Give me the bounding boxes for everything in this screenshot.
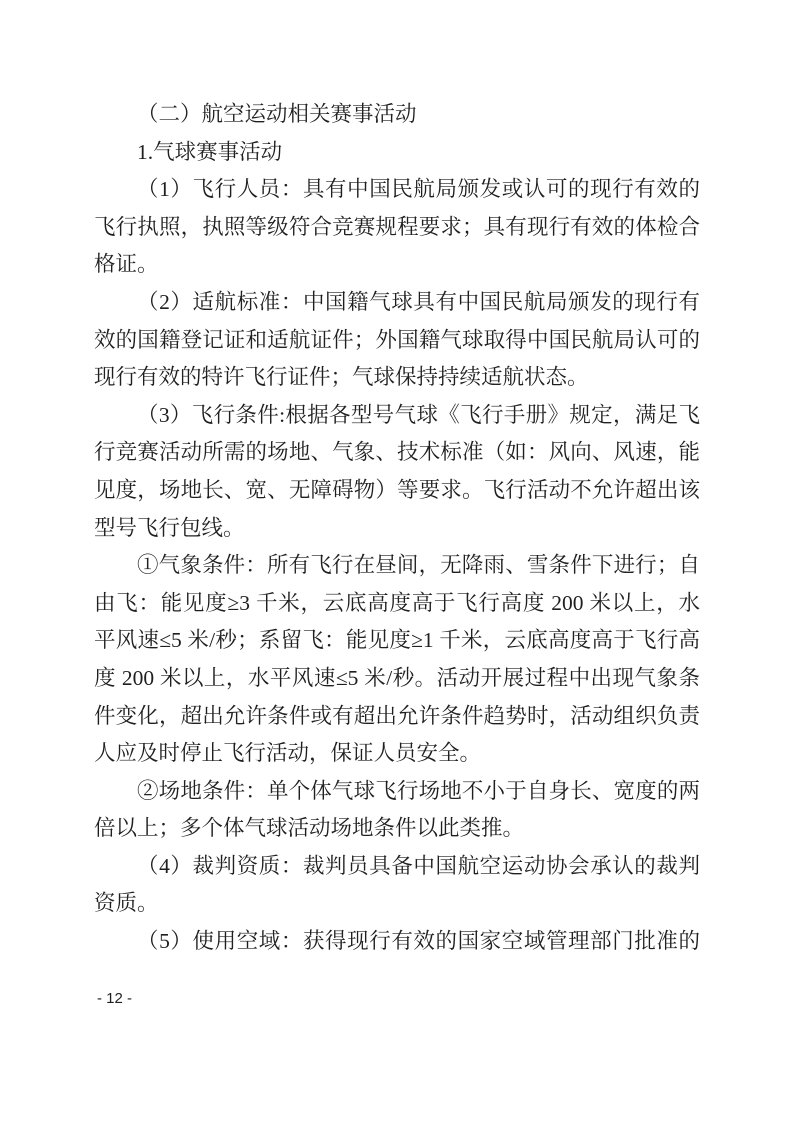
body-paragraph-airworthiness: （2）适航标准：中国籍气球具有中国民航局颁发的现行有效的国籍登记证和适航证件；外… bbox=[94, 284, 700, 397]
subsection-heading: 1.气球赛事活动 bbox=[94, 134, 700, 172]
body-paragraph-flight-conditions: （3）飞行条件:根据各型号气球《飞行手册》规定，满足飞行竞赛活动所需的场地、气象… bbox=[94, 397, 700, 547]
body-paragraph-flight-personnel: （1）飞行人员：具有中国民航局颁发或认可的现行有效的飞行执照，执照等级符合竞赛规… bbox=[94, 171, 700, 284]
body-paragraph-referee-qualification: （4）裁判资质：裁判员具备中国航空运动协会承认的裁判资质。 bbox=[94, 848, 700, 923]
document-page: （二）航空运动相关赛事活动 1.气球赛事活动 （1）飞行人员：具有中国民航局颁发… bbox=[0, 0, 794, 1123]
body-paragraph-weather-conditions: ①气象条件：所有飞行在昼间，无降雨、雪条件下进行；自由飞：能见度≥3 千米，云底… bbox=[94, 547, 700, 773]
body-paragraph-site-conditions: ②场地条件：单个体气球飞行场地不小于自身长、宽度的两倍以上；多个体气球活动场地条… bbox=[94, 773, 700, 848]
body-paragraph-airspace: （5）使用空域：获得现行有效的国家空域管理部门批准的 bbox=[94, 923, 700, 961]
page-body: （二）航空运动相关赛事活动 1.气球赛事活动 （1）飞行人员：具有中国民航局颁发… bbox=[94, 96, 700, 961]
section-heading: （二）航空运动相关赛事活动 bbox=[94, 96, 700, 134]
page-number: - 12 - bbox=[97, 988, 132, 1010]
